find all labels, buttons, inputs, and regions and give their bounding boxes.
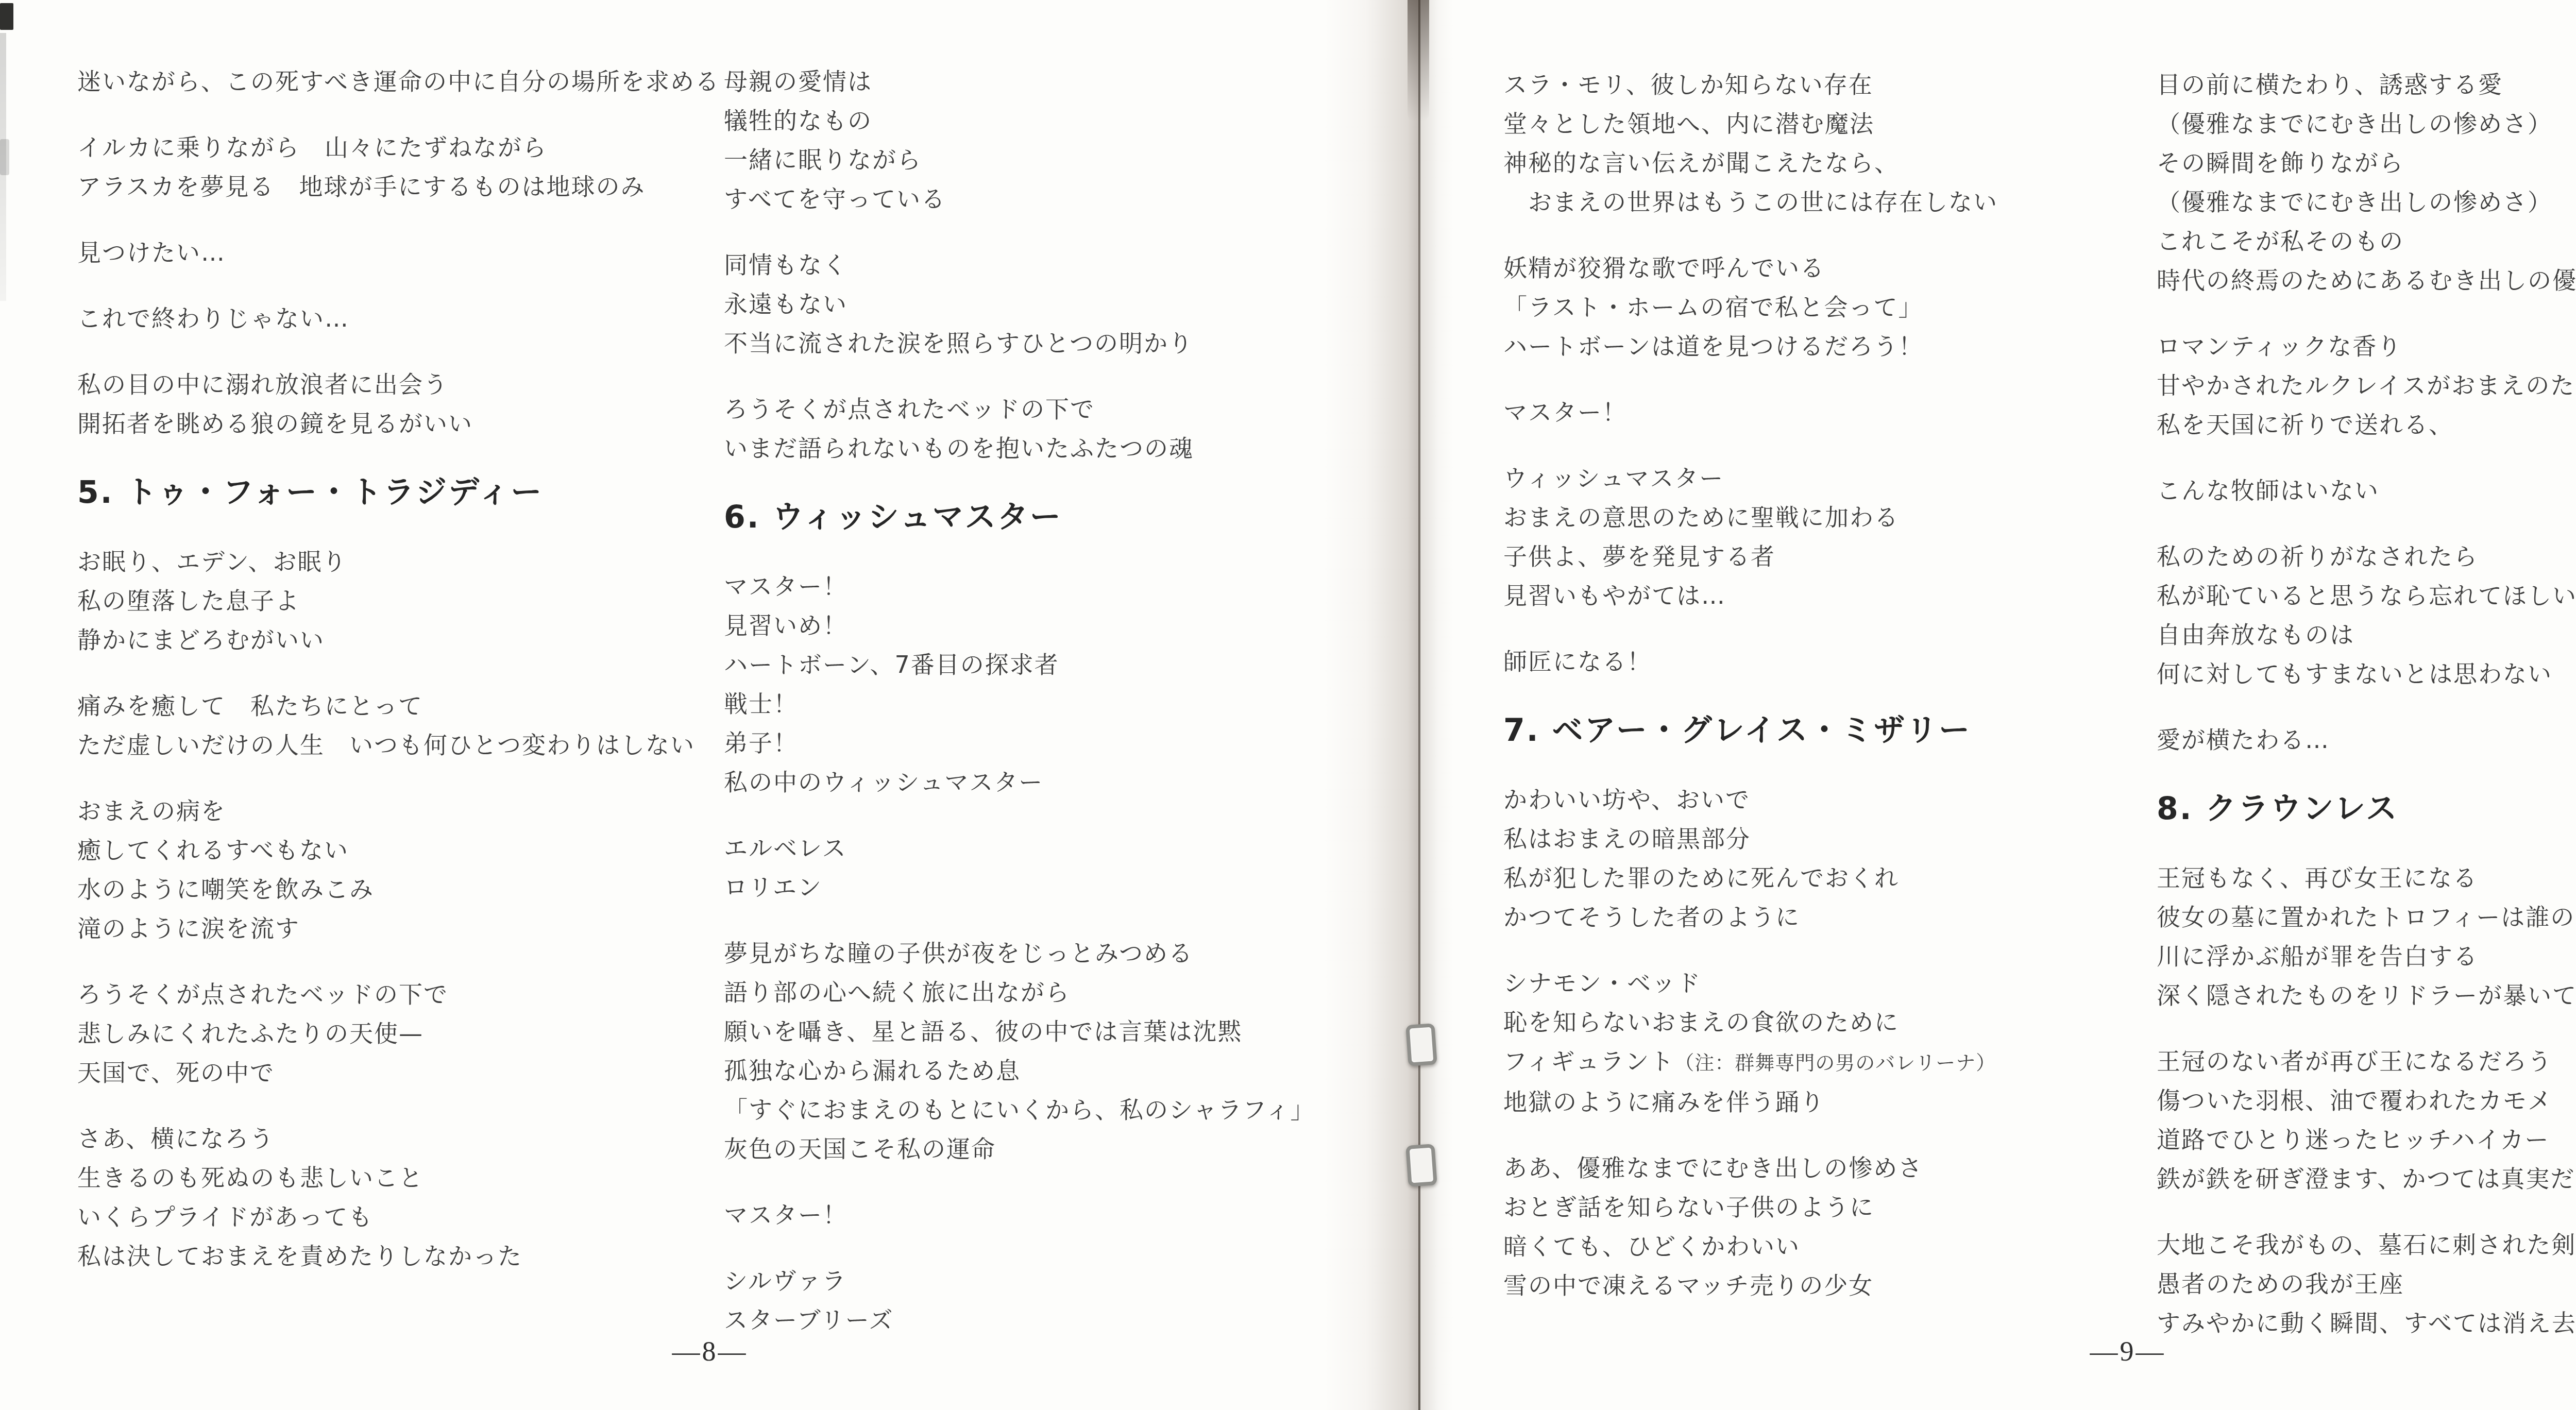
stanza: 私の目の中に溺れ放浪者に出会う開拓者を眺める狼の鏡を見るがいい — [77, 365, 726, 443]
page-8: 迷いながら、この死すべき運命の中に自分の場所を求めるイルカに乗りながら 山々にた… — [0, 0, 1420, 1410]
lyric-line: 何に対してもすまないとは思わない — [2157, 654, 2576, 693]
lyric-line: 痛みを癒して 私たちにとって — [77, 686, 726, 725]
lyric-line: シルヴァラ — [724, 1261, 1409, 1300]
lyric-line: 見習いめ！ — [724, 606, 1409, 645]
booklet-spread-scan: 迷いながら、この死すべき運命の中に自分の場所を求めるイルカに乗りながら 山々にた… — [0, 0, 2576, 1410]
lyric-line: ろうそくが点されたベッドの下で — [77, 975, 726, 1014]
lyric-line: 孤独な心から漏れるため息 — [724, 1051, 1409, 1090]
lyrics-column-right: 目の前に横たわり、誘惑する愛（優雅なまでにむき出しの惨めさ）その瞬間を飾りながら… — [2157, 65, 2576, 1369]
lyric-line: その瞬間を飾りながら — [2157, 143, 2576, 182]
lyric-line: 「ラスト・ホームの宿で私と会って」 — [1503, 287, 2173, 327]
lyric-line: 恥を知らないおまえの食欲のために — [1503, 1003, 2173, 1042]
stanza: エルベレスロリエン — [724, 828, 1409, 907]
lyric-line: 灰色の天国こそ私の運命 — [724, 1129, 1409, 1168]
lyric-line: 大地こそ我がもの、墓石に刺された剣 — [2157, 1225, 2576, 1264]
lyric-line: 私の中のウィッシュマスター — [724, 762, 1409, 802]
lyric-line: ただ虚しいだけの人生 いつも何ひとつ変わりはしない — [77, 725, 726, 765]
lyric-line: 彼女の墓に置かれたトロフィーは誰の目にも触れない — [2157, 897, 2576, 937]
lyric-line: おまえの世界はもうこの世には存在しない — [1503, 182, 2173, 222]
page-9: スラ・モリ、彼しか知らない存在堂々とした領地へ、内に潜む魔法神秘的な言い伝えが聞… — [1421, 0, 2576, 1410]
lyric-line: 王冠のない者が再び王になるだろう — [2157, 1042, 2576, 1081]
lyric-line: お眠り、エデン、お眠り — [77, 542, 726, 581]
stanza: 母親の愛情は犠牲的なもの一緒に眠りながらすべてを守っている — [724, 62, 1409, 218]
stanza: 夢見がちな瞳の子供が夜をじっとみつめる語り部の心へ続く旅に出ながら願いを囁き、星… — [724, 933, 1409, 1168]
staple-bottom — [1405, 1144, 1437, 1187]
lyric-line: ハートボーンは道を見つけるだろう！ — [1503, 327, 2173, 366]
song-title: 8. クラウンレス — [2157, 786, 2576, 831]
stanza: マスター！見習いめ！ハートボーン、7番目の探求者戦士！弟子！私の中のウィッシュマ… — [724, 567, 1409, 802]
stanza: イルカに乗りながら 山々にたずねながらアラスカを夢見る 地球が手にするものは地球… — [77, 128, 726, 206]
stanza: ロマンティックな香り甘やかされたルクレイスがおまえのために嘘をつく私を天国に祈り… — [2157, 327, 2576, 444]
lyric-line: おまえの意思のために聖戦に加わる — [1503, 498, 2173, 537]
stanza: 私のための祈りがなされたら私が恥ていると思うなら忘れてほしい自由奔放なものは何に… — [2157, 537, 2576, 693]
lyric-line: フィギュラント（注：群舞専門の男のバレリーナ） — [1503, 1042, 2173, 1082]
stanza: 同情もなく永遠もない不当に流された涙を照らすひとつの明かり — [724, 245, 1409, 363]
stanza: おまえの病を癒してくれるすべもない水のように嘲笑を飲みこみ滝のように涙を流す — [77, 791, 726, 948]
stanza: 師匠になる！ — [1503, 642, 2173, 681]
stanza: 見つけたい… — [77, 233, 726, 272]
lyric-line: ろうそくが点されたベッドの下で — [724, 389, 1409, 429]
lyric-line: さあ、横になろう — [77, 1119, 726, 1158]
stanza: これで終わりじゃない… — [77, 299, 726, 338]
lyric-line: 私を天国に祈りで送れる、 — [2157, 405, 2576, 444]
stanza: 大地こそ我がもの、墓石に刺された剣愚者のための我が王座すみやかに動く瞬間、すべて… — [2157, 1225, 2576, 1343]
stanza: ああ、優雅なまでにむき出しの惨めさおとぎ話を知らない子供のように暗くても、ひどく… — [1503, 1148, 2173, 1305]
lyric-line: すべてを守っている — [724, 179, 1409, 218]
lyric-line: 雪の中で凍えるマッチ売りの少女 — [1503, 1266, 2173, 1305]
lyric-line: かわいい坊や、おいで — [1503, 780, 2173, 819]
lyric-line: 見習いもやがては… — [1503, 576, 2173, 615]
lyric-line: 甘やかされたルクレイスがおまえのために嘘をつく — [2157, 366, 2576, 405]
lyric-line: 傷ついた羽根、油で覆われたカモメ — [2157, 1081, 2576, 1120]
scan-artifact-edge-blob — [0, 139, 9, 175]
lyric-line: 悲しみにくれたふたりの天使— — [77, 1014, 726, 1053]
song-title: 7. ベアー・グレイス・ミザリー — [1503, 708, 2173, 753]
lyric-line: 犠牲的なもの — [724, 101, 1409, 140]
lyric-line: 川に浮かぶ船が罪を告白する — [2157, 937, 2576, 976]
stanza: お眠り、エデン、お眠り私の堕落した息子よ静かにまどろむがいい — [77, 542, 726, 659]
lyric-line: アラスカを夢見る 地球が手にするものは地球のみ — [77, 167, 726, 206]
lyric-line: 私はおまえの暗黒部分 — [1503, 819, 2173, 858]
lyric-line: マスター！ — [724, 1195, 1409, 1234]
lyric-line: マスター！ — [1503, 393, 2173, 432]
lyric-line: 同情もなく — [724, 245, 1409, 284]
song-title: 6. ウィッシュマスター — [724, 495, 1409, 540]
lyrics-column-right: 母親の愛情は犠牲的なもの一緒に眠りながらすべてを守っている同情もなく永遠もない不… — [724, 62, 1409, 1366]
lyric-line: 私が恥ていると思うなら忘れてほしい — [2157, 576, 2576, 615]
page-number-right: —9— — [1994, 1335, 2262, 1367]
lyrics-column-left: 迷いながら、この死すべき運命の中に自分の場所を求めるイルカに乗りながら 山々にた… — [77, 62, 726, 1302]
lyric-line: 私のための祈りがなされたら — [2157, 537, 2576, 576]
lyric-line: 一緒に眠りながら — [724, 140, 1409, 179]
lyric-line: 暗くても、ひどくかわいい — [1503, 1227, 2173, 1266]
lyric-line: 私が犯した罪のために死んでおくれ — [1503, 858, 2173, 897]
lyric-line: 不当に流された涙を照らすひとつの明かり — [724, 324, 1409, 363]
lyric-line: 夢見がちな瞳の子供が夜をじっとみつめる — [724, 933, 1409, 973]
lyric-line: 師匠になる！ — [1503, 642, 2173, 681]
lyric-line: マスター！ — [724, 567, 1409, 606]
stanza: ウィッシュマスターおまえの意思のために聖戦に加わる子供よ、夢を発見する者見習いも… — [1503, 458, 2173, 615]
lyric-line: ああ、優雅なまでにむき出しの惨めさ — [1503, 1148, 2173, 1187]
lyric-line: 王冠もなく、再び女王になる — [2157, 858, 2576, 897]
lyric-line: 堂々とした領地へ、内に潜む魔法 — [1503, 104, 2173, 143]
lyric-line: 私は決しておまえを責めたりしなかった — [77, 1236, 726, 1276]
lyric-line: 地獄のように痛みを伴う踊り — [1503, 1082, 2173, 1122]
lyric-line: 子供よ、夢を発見する者 — [1503, 537, 2173, 576]
scan-artifact-corner — [0, 3, 13, 30]
stanza: 王冠のない者が再び王になるだろう傷ついた羽根、油で覆われたカモメ道路でひとり迷っ… — [2157, 1042, 2576, 1198]
lyric-line: 迷いながら、この死すべき運命の中に自分の場所を求める — [77, 62, 726, 101]
lyric-line: 母親の愛情は — [724, 62, 1409, 101]
stanza: 愛が横たわる… — [2157, 720, 2576, 759]
lyric-line: 私の目の中に溺れ放浪者に出会う — [77, 365, 726, 404]
lyric-line: ハートボーン、7番目の探求者 — [724, 645, 1409, 684]
stanza: 痛みを癒して 私たちにとってただ虚しいだけの人生 いつも何ひとつ変わりはしない — [77, 686, 726, 765]
lyrics-column-left: スラ・モリ、彼しか知らない存在堂々とした領地へ、内に潜む魔法神秘的な言い伝えが聞… — [1503, 65, 2173, 1332]
lyric-line: 目の前に横たわり、誘惑する愛 — [2157, 65, 2576, 104]
lyric-line: 癒してくれるすべもない — [77, 830, 726, 870]
lyric-line: 開拓者を眺める狼の鏡を見るがいい — [77, 404, 726, 443]
lyric-line: 滝のように涙を流す — [77, 909, 726, 948]
lyric-line: 自由奔放なものは — [2157, 615, 2576, 654]
lyric-line: こんな牧師はいない — [2157, 471, 2576, 510]
stanza: ろうそくが点されたベッドの下でいまだ語られないものを抱いたふたつの魂 — [724, 389, 1409, 468]
lyric-line: 天国で、死の中で — [77, 1053, 726, 1092]
lyric-line: 弟子！ — [724, 723, 1409, 762]
lyric-line: おとぎ話を知らない子供のように — [1503, 1187, 2173, 1227]
lyric-line: 深く隠されたものをリドラーが暴いていく — [2157, 976, 2576, 1015]
stanza: 妖精が狡猾な歌で呼んでいる「ラスト・ホームの宿で私と会って」ハートボーンは道を見… — [1503, 248, 2173, 366]
stanza: 迷いながら、この死すべき運命の中に自分の場所を求める — [77, 62, 726, 101]
lyric-line: スラ・モリ、彼しか知らない存在 — [1503, 65, 2173, 104]
stanza: 王冠もなく、再び女王になる彼女の墓に置かれたトロフィーは誰の目にも触れない川に浮… — [2157, 858, 2576, 1015]
stanza: シナモン・ベッド恥を知らないおまえの食欲のためにフィギュラント（注：群舞専門の男… — [1503, 963, 2173, 1122]
lyric-line: （優雅なまでにむき出しの惨めさ） — [2157, 104, 2576, 143]
stanza: こんな牧師はいない — [2157, 471, 2576, 510]
lyric-line: 鉄が鉄を研ぎ澄ます、かつては真実だったもの — [2157, 1159, 2576, 1198]
lyric-line: 私の堕落した息子よ — [77, 581, 726, 620]
lyric-line-note: （注：群舞専門の男のバレリーナ） — [1674, 1051, 1996, 1074]
stanza: さあ、横になろう生きるのも死ぬのも悲しいこといくらプライドがあっても私は決してお… — [77, 1119, 726, 1276]
lyric-line: エルベレス — [724, 828, 1409, 868]
lyric-line: 時代の終焉のためにあるむき出しの優雅さ — [2157, 261, 2576, 300]
lyric-line: イルカに乗りながら 山々にたずねながら — [77, 128, 726, 167]
lyric-line: これこそが私そのもの — [2157, 222, 2576, 261]
lyric-line: おまえの病を — [77, 791, 726, 830]
stanza: シルヴァラスターブリーズ — [724, 1261, 1409, 1339]
lyric-line: ロリエン — [724, 868, 1409, 907]
lyric-line: 水のように嘲笑を飲みこみ — [77, 870, 726, 909]
song-title: 5. トゥ・フォー・トラジディー — [77, 470, 726, 515]
stanza: 目の前に横たわり、誘惑する愛（優雅なまでにむき出しの惨めさ）その瞬間を飾りながら… — [2157, 65, 2576, 300]
lyric-line: 語り部の心へ続く旅に出ながら — [724, 973, 1409, 1012]
staple-top — [1405, 1023, 1437, 1066]
lyric-line: （優雅なまでにむき出しの惨めさ） — [2157, 182, 2576, 222]
stanza: スラ・モリ、彼しか知らない存在堂々とした領地へ、内に潜む魔法神秘的な言い伝えが聞… — [1503, 65, 2173, 222]
lyric-line: かつてそうした者のように — [1503, 897, 2173, 937]
lyric-line: ウィッシュマスター — [1503, 458, 2173, 498]
lyric-line: 願いを囁き、星と語る、彼の中では言葉は沈黙 — [724, 1012, 1409, 1051]
lyric-line: 永遠もない — [724, 284, 1409, 324]
page-number-left: —8— — [576, 1335, 844, 1367]
lyric-line: いくらプライドがあっても — [77, 1197, 726, 1236]
lyric-line: 道路でひとり迷ったヒッチハイカー — [2157, 1120, 2576, 1159]
lyric-line: 戦士！ — [724, 684, 1409, 723]
lyric-line: 神秘的な言い伝えが聞こえたなら、 — [1503, 143, 2173, 182]
lyric-line: いまだ語られないものを抱いたふたつの魂 — [724, 429, 1409, 468]
lyric-line: 見つけたい… — [77, 233, 726, 272]
stanza: マスター！ — [724, 1195, 1409, 1234]
lyric-line: シナモン・ベッド — [1503, 963, 2173, 1003]
lyric-line: 静かにまどろむがいい — [77, 620, 726, 659]
lyric-line: 「すぐにおまえのもとにいくから、私のシャラフィ」 — [724, 1090, 1409, 1129]
lyric-line: ロマンティックな香り — [2157, 327, 2576, 366]
stanza: かわいい坊や、おいで私はおまえの暗黒部分私が犯した罪のために死んでおくれかつてそ… — [1503, 780, 2173, 937]
stanza: ろうそくが点されたベッドの下で悲しみにくれたふたりの天使—天国で、死の中で — [77, 975, 726, 1092]
lyric-line: 生きるのも死ぬのも悲しいこと — [77, 1158, 726, 1197]
lyric-line: スターブリーズ — [724, 1300, 1409, 1339]
lyric-line: これで終わりじゃない… — [77, 299, 726, 338]
stanza: マスター！ — [1503, 393, 2173, 432]
lyric-line: 妖精が狡猾な歌で呼んでいる — [1503, 248, 2173, 287]
lyric-line: 愚者のための我が王座 — [2157, 1264, 2576, 1303]
lyric-line: 愛が横たわる… — [2157, 720, 2576, 759]
